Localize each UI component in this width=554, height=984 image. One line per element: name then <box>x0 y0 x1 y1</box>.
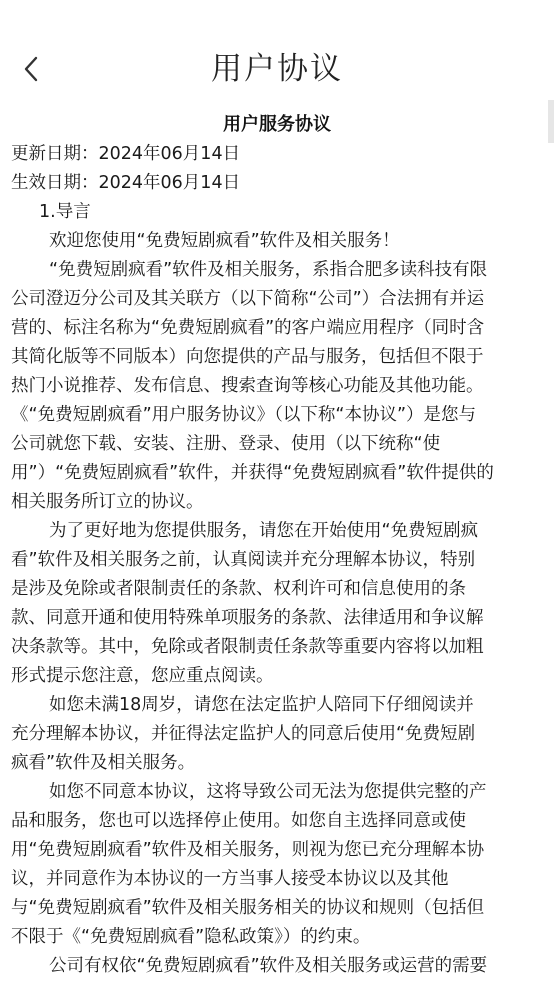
page-title: 用户协议 <box>0 48 554 90</box>
body-text-line: 形式提示您注意，您应重点阅读。 <box>11 662 543 691</box>
body-text-line: 充分理解本协议，并征得法定监护人的同意后使用“免费短剧 <box>11 720 543 749</box>
body-text-line: 公司有权依“免费短剧疯看”软件及相关服务或运营的需要 <box>11 952 543 981</box>
body-text-line: 营的、标注名称为“免费短剧疯看”的客户端应用程序（同时含 <box>11 314 543 343</box>
body-text-line: 为了更好地为您提供服务，请您在开始使用“免费短剧疯 <box>11 517 543 546</box>
body-text-line: 款、同意开通和使用特殊单项服务的条款、法律适用和争议解 <box>11 604 543 633</box>
effective-date: 生效日期：2024年06月14日 <box>11 169 543 198</box>
body-text-line: 《“免费短剧疯看”用户服务协议》（以下称“本协议”）是您与 <box>11 401 543 430</box>
body-text-line: 热门小说推荐、发布信息、搜索查询等核心功能及其他功能。 <box>11 372 543 401</box>
body-text-line: 公司澄迈分公司及其关联方（以下简称“公司”）合法拥有并运 <box>11 285 543 314</box>
body-text-line: 用”）“免费短剧疯看”软件，并获得“免费短剧疯看”软件提供的 <box>11 459 543 488</box>
body-text-line: 疯看”软件及相关服务。 <box>11 749 543 778</box>
body-text-line: 是涉及免除或者限制责任的条款、权利许可和信息使用的条 <box>11 575 543 604</box>
header-bar: 用户协议 <box>0 0 554 100</box>
scrollbar[interactable] <box>548 100 554 143</box>
body-text-line: “免费短剧疯看”软件及相关服务，系指合肥多读科技有限 <box>11 256 543 285</box>
document-title: 用户服务协议 <box>11 110 543 140</box>
updated-date: 更新日期：2024年06月14日 <box>11 140 543 169</box>
agreement-content: 用户服务协议 更新日期：2024年06月14日 生效日期：2024年06月14日… <box>11 110 543 981</box>
body-text-line: 与“免费短剧疯看”软件及相关服务相关的协议和规则（包括但 <box>11 894 543 923</box>
body-text-line: 如您不同意本协议，这将导致公司无法为您提供完整的产 <box>11 778 543 807</box>
section-heading: 1.导言 <box>11 198 543 227</box>
body-text-line: 议，并同意作为本协议的一方当事人接受本协议以及其他 <box>11 865 543 894</box>
agreement-body: 欢迎您使用“免费短剧疯看”软件及相关服务！“免费短剧疯看”软件及相关服务，系指合… <box>11 227 543 981</box>
body-text-line: 品和服务，您也可以选择停止使用。如您自主选择同意或使 <box>11 807 543 836</box>
body-text-line: 欢迎您使用“免费短剧疯看”软件及相关服务！ <box>11 227 543 256</box>
body-text-line: 其简化版等不同版本）向您提供的产品与服务，包括但不限于 <box>11 343 543 372</box>
body-text-line: 决条款等。其中，免除或者限制责任条款等重要内容将以加粗 <box>11 633 543 662</box>
body-text-line: 公司就您下载、安装、注册、登录、使用（以下统称“使 <box>11 430 543 459</box>
body-text-line: 相关服务所订立的协议。 <box>11 488 543 517</box>
body-text-line: 用“免费短剧疯看”软件及相关服务，则视为您已充分理解本协 <box>11 836 543 865</box>
body-text-line: 看”软件及相关服务之前，认真阅读并充分理解本协议，特别 <box>11 546 543 575</box>
body-text-line: 如您未满18周岁，请您在法定监护人陪同下仔细阅读并 <box>11 691 543 720</box>
body-text-line: 不限于《“免费短剧疯看”隐私政策》）的约束。 <box>11 923 543 952</box>
